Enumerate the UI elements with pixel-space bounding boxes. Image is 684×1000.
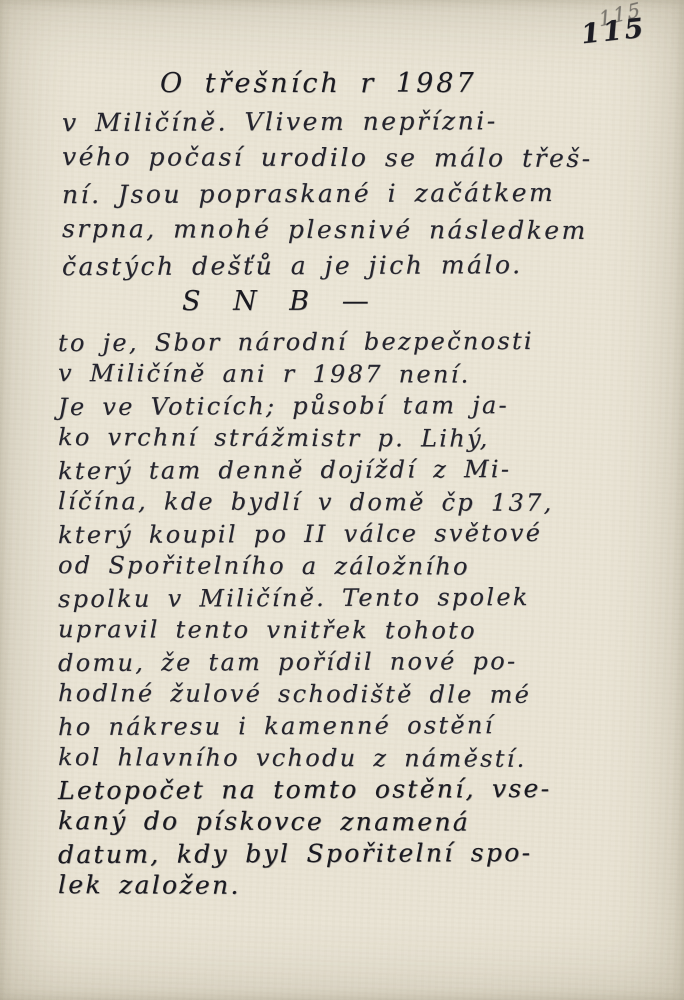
handwritten-line: hodlné žulové schodiště dle mé xyxy=(58,677,554,711)
handwritten-line: spolku v Miličíně. Tento spolek xyxy=(58,581,554,615)
handwritten-line: líčína, kde bydlí v domě čp 137, xyxy=(58,485,554,519)
handwritten-line: ní. Jsou popraskané i začátkem xyxy=(62,175,593,213)
handwritten-line: který tam denně dojíždí z Mi- xyxy=(58,453,554,487)
handwritten-line: srpna, mnohé plesnivé následkem xyxy=(62,211,593,249)
handwritten-line: Je ve Voticích; působí tam ja- xyxy=(58,389,554,423)
paragraph-snb: to je, Sbor národní bezpečnosti v Miličí… xyxy=(58,326,554,902)
chronicle-page-photo: 115 115 O třešních r 1987 v Miličíně. Vl… xyxy=(0,0,684,1000)
handwritten-line: Letopočet na tomto ostění, vse- xyxy=(58,773,554,807)
section-heading-snb: S N B — xyxy=(182,286,381,317)
handwritten-line: to je, Sbor národní bezpečnosti xyxy=(58,325,554,359)
handwritten-line: kol hlavního vchodu z náměstí. xyxy=(58,741,554,775)
handwritten-line: lek založen. xyxy=(58,869,554,903)
handwritten-line: v Miličíně. Vlivem nepřízni- xyxy=(62,103,593,141)
handwritten-line: od Spořitelního a záložního xyxy=(58,549,554,583)
handwritten-line: ho nákresu i kamenné ostění xyxy=(58,709,554,743)
paragraph-cherries: v Miličíně. Vlivem nepřízni- vého počasí… xyxy=(62,104,593,284)
handwritten-line: v Miličíně ani r 1987 není. xyxy=(58,357,554,391)
handwritten-line: datum, kdy byl Spořitelní spo- xyxy=(58,837,554,871)
section-heading-cherries: O třešních r 1987 xyxy=(160,68,477,99)
handwritten-line: upravil tento vnitřek tohoto xyxy=(58,613,554,647)
page-number-ink: 115 xyxy=(579,13,647,51)
handwritten-line: vého počasí urodilo se málo třeš- xyxy=(62,139,593,177)
handwritten-line: domu, že tam pořídil nové po- xyxy=(58,645,554,679)
handwritten-line: častých dešťů a je jich málo. xyxy=(62,247,593,285)
handwritten-line: ko vrchní strážmistr p. Lihý, xyxy=(58,421,554,455)
handwritten-line: kaný do pískovce znamená xyxy=(58,805,554,839)
handwritten-line: který koupil po II válce světové xyxy=(58,517,554,551)
